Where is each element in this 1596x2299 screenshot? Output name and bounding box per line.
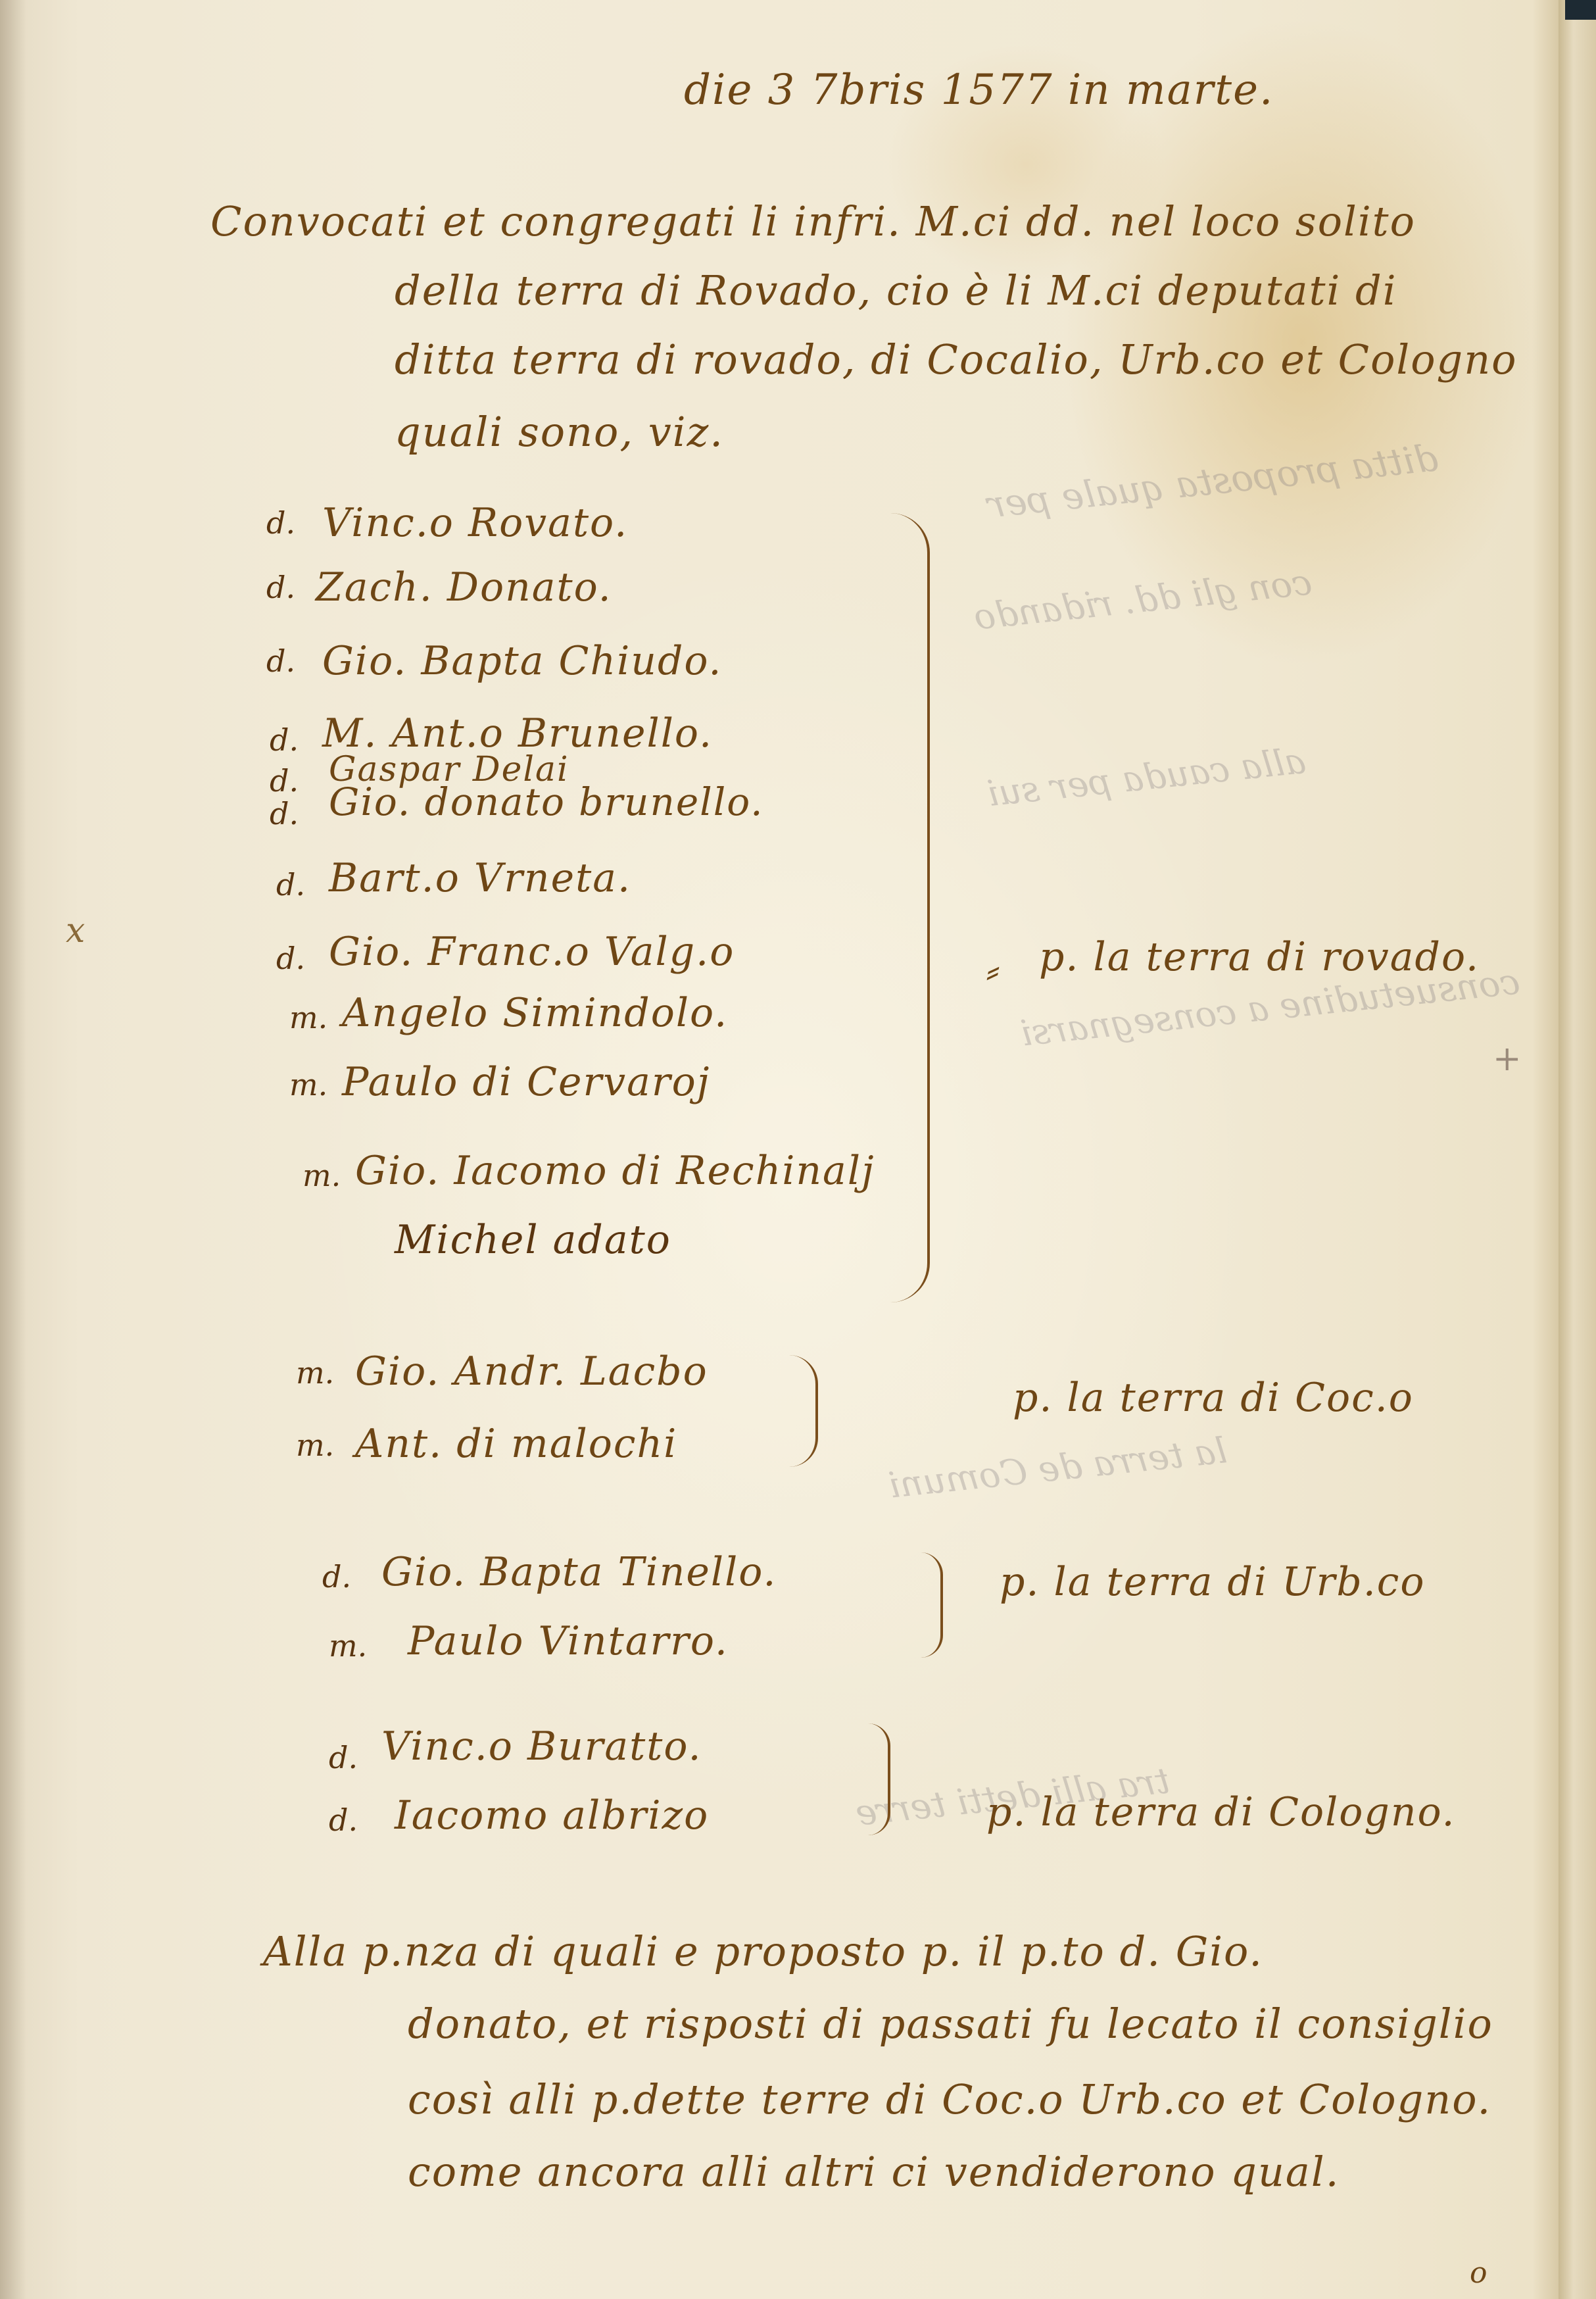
list-mark: d. — [270, 722, 299, 758]
list-item: Ant. di malochi — [355, 1421, 677, 1467]
list-mark: d. — [329, 1802, 358, 1838]
list-mark: m. — [296, 1355, 334, 1391]
scan-background-corner — [1565, 0, 1596, 20]
list-item: Gio. Bapta Chiudo. — [322, 638, 723, 684]
bleed-through-text: alla cauda per sui — [985, 740, 1307, 815]
list-mark: m. — [302, 1158, 341, 1193]
list-item: Michel adato — [395, 1217, 671, 1263]
brace — [815, 513, 930, 1302]
list-mark: m. — [329, 1628, 367, 1664]
paragraph-line: così alli p.dette terre di Coc.o Urb.co … — [408, 2075, 1491, 2123]
list-mark: d. — [270, 763, 299, 799]
manuscript-page: ditta proposta quale per con gli dd. rid… — [0, 0, 1559, 2299]
list-item: Vinc.o Rovato. — [322, 500, 628, 546]
margin-cross-mark: x — [66, 911, 85, 951]
list-item: Bart.o Vrneta. — [329, 855, 631, 901]
list-mark: d. — [266, 505, 295, 541]
brace — [921, 1552, 943, 1658]
paragraph-line: ditta terra di rovado, di Cocalio, Urb.c… — [395, 335, 1518, 383]
list-item: Zach. Donato. — [316, 564, 612, 610]
group-annotation: p. la terra di rovado. — [1039, 934, 1480, 980]
list-mark: d. — [266, 570, 295, 605]
list-mark: d. — [270, 796, 299, 831]
list-mark: m. — [296, 1427, 334, 1463]
list-mark: d. — [276, 941, 305, 976]
date-line: die 3 7bris 1577 in marte. — [684, 66, 1274, 114]
group-annotation: p. la terra di Urb.co — [1000, 1559, 1426, 1605]
paragraph-line: Convocati et congregati li infri. M.ci d… — [210, 197, 1416, 245]
list-item: Paulo Vintarro. — [408, 1618, 729, 1664]
catchword: o — [1470, 2256, 1487, 2290]
paragraph-line: donato, et risposti di passati fu lecato… — [408, 2000, 1493, 2048]
list-item: Paulo di Cervaroj — [342, 1059, 710, 1105]
list-item: Gio. Franc.o Valg.o — [329, 929, 735, 975]
list-mark: d. — [322, 1559, 351, 1594]
list-item: Gio. Bapta Tinello. — [381, 1549, 777, 1595]
list-item: Iacomo albrizo — [395, 1792, 709, 1839]
list-item: Gio. Andr. Lacbo — [355, 1348, 708, 1395]
bleed-through-text: con gli dd. ridando — [972, 561, 1314, 638]
list-item: Gio. Iacomo di Rechinalj — [355, 1148, 875, 1194]
bleed-through-text: ditta proposta quale per — [985, 437, 1439, 527]
brace — [789, 1355, 818, 1467]
list-item: Angelo Simindolo. — [342, 990, 728, 1036]
group-annotation: p. la terra di Coc.o — [1013, 1375, 1414, 1421]
list-mark: d. — [329, 1740, 358, 1775]
list-mark: m. — [289, 1000, 327, 1035]
binding-shadow — [0, 0, 26, 2299]
paragraph-line: quali sono, viz. — [395, 408, 724, 456]
margin-plus-mark: + — [1493, 1039, 1522, 1079]
page-edge — [1559, 0, 1596, 2299]
paragraph-line: della terra di Rovado, cio è li M.ci dep… — [395, 266, 1397, 314]
paragraph-line: come ancora alli altri ci vendiderono qu… — [408, 2148, 1340, 2196]
paragraph-line: Alla p.nza di quali e proposto p. il p.t… — [263, 1927, 1263, 1975]
list-mark: d. — [266, 643, 295, 679]
list-mark: d. — [276, 867, 305, 902]
list-item: Vinc.o Buratto. — [381, 1723, 702, 1769]
list-item: Gio. donato brunello. — [329, 779, 764, 824]
group-annotation: p. la terra di Cologno. — [986, 1789, 1456, 1835]
brace — [868, 1723, 890, 1835]
list-mark: m. — [289, 1067, 327, 1102]
pointer-mark: ⸗ — [986, 947, 1000, 993]
bleed-through-text: la terra de Comuni — [886, 1429, 1229, 1506]
